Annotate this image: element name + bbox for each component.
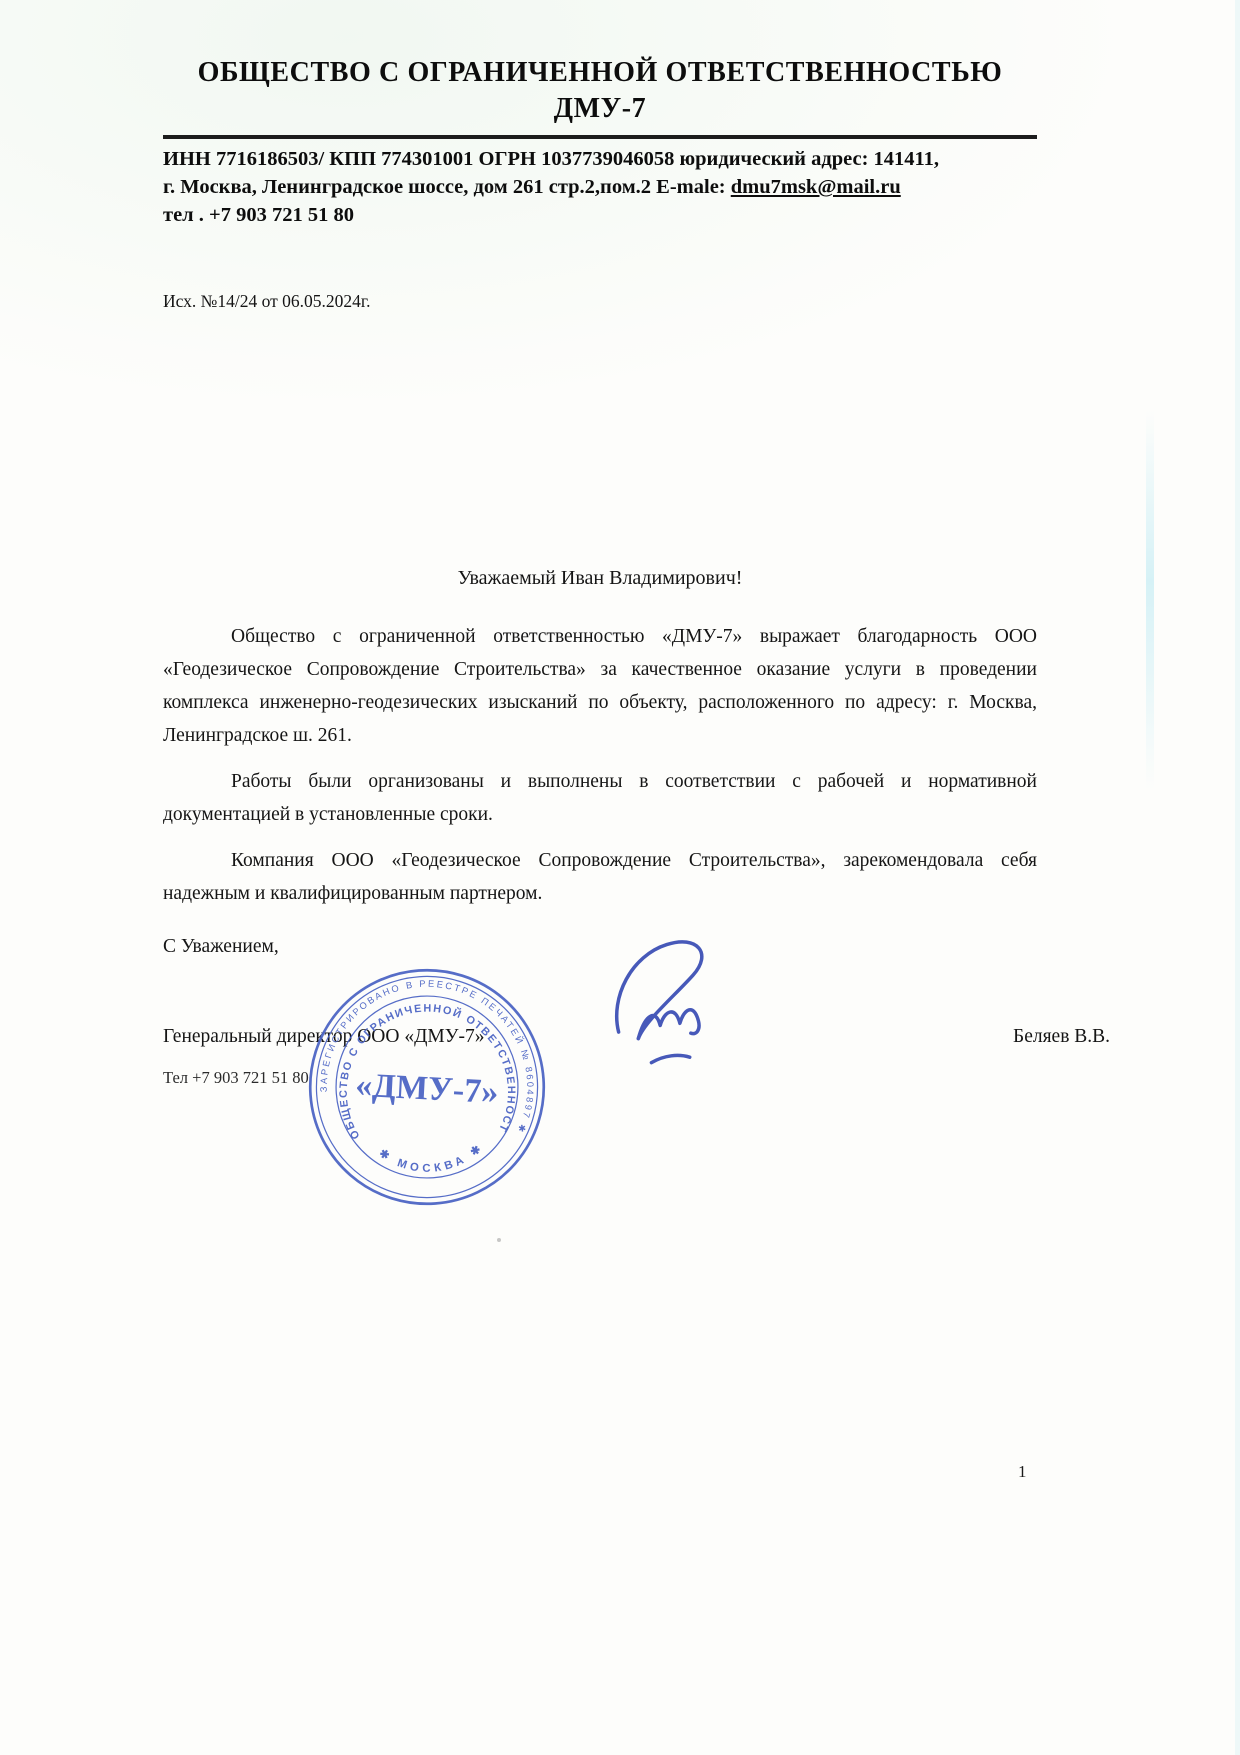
stamp-city-text: ✱ МОСКВА ✱ [376,1140,488,1178]
org-title-line2: ДМУ-7 [554,93,647,124]
signature-name: Беляев В.В. [1013,1026,1110,1048]
requisites-line2-text: г. Москва, Ленинградское шоссе, дом 261 … [163,176,731,198]
scan-edge-artifact [1235,0,1240,1755]
requisites-line2: г. Москва, Ленинградское шоссе, дом 261 … [163,173,1037,201]
body-paragraph-3: Компания ООО «Геодезическое Сопровождени… [163,844,1037,910]
requisites-line1: ИНН 7716186503/ КПП 774301001 ОГРН 10377… [163,145,1037,173]
signature-stroke-dash [651,1055,689,1062]
scan-streak-artifact [1146,410,1154,790]
scan-speck [497,1238,501,1242]
org-title: ОБЩЕСТВО С ОГРАНИЧЕННОЙ ОТВЕТСТВЕННОСТЬЮ… [163,55,1037,126]
greeting: Уважаемый Иван Владимирович! [163,567,1037,590]
email-text: dmu7msk@mail.ru [731,176,901,198]
requisites-line3: тел . +7 903 721 51 80 [163,201,1037,229]
company-stamp: ЗАРЕГИСТРИРОВАНО В РЕЕСТРЕ ПЕЧАТЕЙ № 860… [295,955,560,1220]
org-title-line1: ОБЩЕСТВО С ОГРАНИЧЕННОЙ ОТВЕТСТВЕННОСТЬЮ [198,57,1003,88]
requisites-block: ИНН 7716186503/ КПП 774301001 ОГРН 10377… [163,145,1037,229]
body-paragraph-1: Общество с ограниченной ответственностью… [163,620,1037,752]
header-divider [163,135,1037,139]
letter-page: ОБЩЕСТВО С ОГРАНИЧЕННОЙ ОТВЕТСТВЕННОСТЬЮ… [0,0,1240,1755]
letter-content: ОБЩЕСТВО С ОГРАНИЧЕННОЙ ОТВЕТСТВЕННОСТЬЮ… [163,0,1037,1088]
handwritten-signature [588,930,763,1075]
stamp-center-text: «ДМУ-7» [354,1067,499,1111]
body-paragraph-2: Работы были организованы и выполнены в с… [163,765,1037,831]
outgoing-ref-number: Исх. №14/24 от 06.05.2024г. [163,291,1037,312]
letterhead: ОБЩЕСТВО С ОГРАНИЧЕННОЙ ОТВЕТСТВЕННОСТЬЮ… [163,55,1037,229]
page-number: 1 [1018,1462,1027,1482]
